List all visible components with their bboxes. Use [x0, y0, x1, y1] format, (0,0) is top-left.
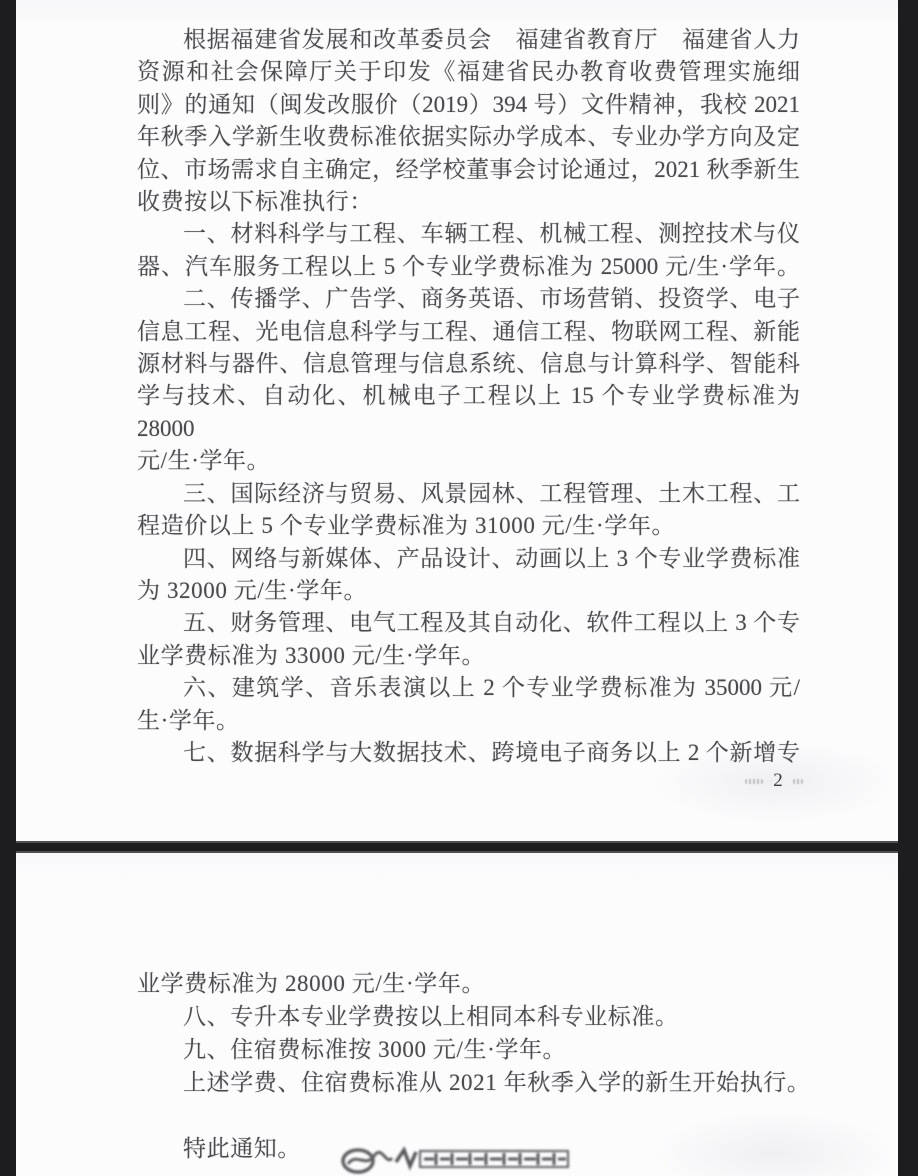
- text-line: 业学费标准为 33000 元/生·学年。: [137, 640, 800, 672]
- text-line: 三、国际经济与贸易、风景园林、工程管理、土木工程、工: [137, 478, 800, 510]
- text-line: 七、数据科学与大数据技术、跨境电子商务以上 2 个新增专: [137, 737, 800, 769]
- text-line: 上述学费、住宿费标准从 2021 年秋季入学的新生开始执行。: [137, 1066, 800, 1099]
- text-line: 年秋季入学新生收费标准依据实际办学成本、专业办学方向及定: [137, 121, 800, 153]
- text-line: 元/生·学年。: [137, 445, 800, 477]
- text-line: 六、建筑学、音乐表演以上 2 个专业学费标准为 35000 元/: [137, 672, 800, 704]
- page-number: 2: [719, 770, 829, 792]
- text-line: 位、市场需求自主确定，经学校董事会讨论通过，2021 秋季新生: [137, 154, 800, 186]
- smudge-mark-right: [793, 779, 803, 784]
- document-page-1: 根据福建省发展和改革委员会 福建省教育厅 福建省人力资源和社会保障厅关于印发《福…: [16, 0, 898, 841]
- text-line: 业学费标准为 28000 元/生·学年。: [137, 967, 800, 1000]
- page-number-value: 2: [773, 770, 783, 792]
- text-line: 根据福建省发展和改革委员会 福建省教育厅 福建省人力: [137, 24, 800, 56]
- text-line: 则》的通知（闽发改服价（2019）394 号）文件精神，我校 2021: [137, 89, 800, 121]
- text-line: 八、专升本专业学费按以上相同本科专业标准。: [137, 1000, 800, 1033]
- text-line: 为 32000 元/生·学年。: [137, 575, 800, 607]
- text-line: 器、汽车服务工程以上 5 个专业学费标准为 25000 元/生·学年。: [137, 251, 800, 283]
- text-line: 九、住宿费标准按 3000 元/生·学年。: [137, 1033, 800, 1066]
- text-line: 二、传播学、广告学、商务英语、市场营销、投资学、电子: [137, 283, 800, 315]
- text-line: 学与技术、自动化、机械电子工程以上 15 个专业学费标准为 28000: [137, 380, 800, 445]
- text-line: 四、网络与新媒体、产品设计、动画以上 3 个专业学费标准: [137, 543, 800, 575]
- text-line: 五、财务管理、电气工程及其自动化、软件工程以上 3 个专: [137, 607, 800, 639]
- text-line: 源材料与器件、信息管理与信息系统、信息与计算科学、智能科: [137, 348, 800, 380]
- text-line: 资源和社会保障厅关于印发《福建省民办教育收费管理实施细: [137, 56, 800, 88]
- text-line: 收费按以下标准执行：: [137, 186, 800, 218]
- smudge-mark-left: [745, 779, 763, 784]
- text-line: 生·学年。: [137, 705, 800, 737]
- text-line: 一、材料科学与工程、车辆工程、机械工程、测控技术与仪: [137, 218, 800, 250]
- page1-text-block: 根据福建省发展和改革委员会 福建省教育厅 福建省人力资源和社会保障厅关于印发《福…: [137, 24, 800, 769]
- page2-text-block: 业学费标准为 28000 元/生·学年。八、专升本专业学费按以上相同本科专业标准…: [137, 967, 800, 1165]
- watermark-stamp: [340, 1142, 578, 1176]
- text-line: 信息工程、光电信息科学与工程、通信工程、物联网工程、新能: [137, 316, 800, 348]
- text-line: 程造价以上 5 个专业学费标准为 31000 元/生·学年。: [137, 510, 800, 542]
- watermark-graphic-icon: [340, 1142, 578, 1176]
- document-page-2: 业学费标准为 28000 元/生·学年。八、专升本专业学费按以上相同本科专业标准…: [16, 853, 898, 1176]
